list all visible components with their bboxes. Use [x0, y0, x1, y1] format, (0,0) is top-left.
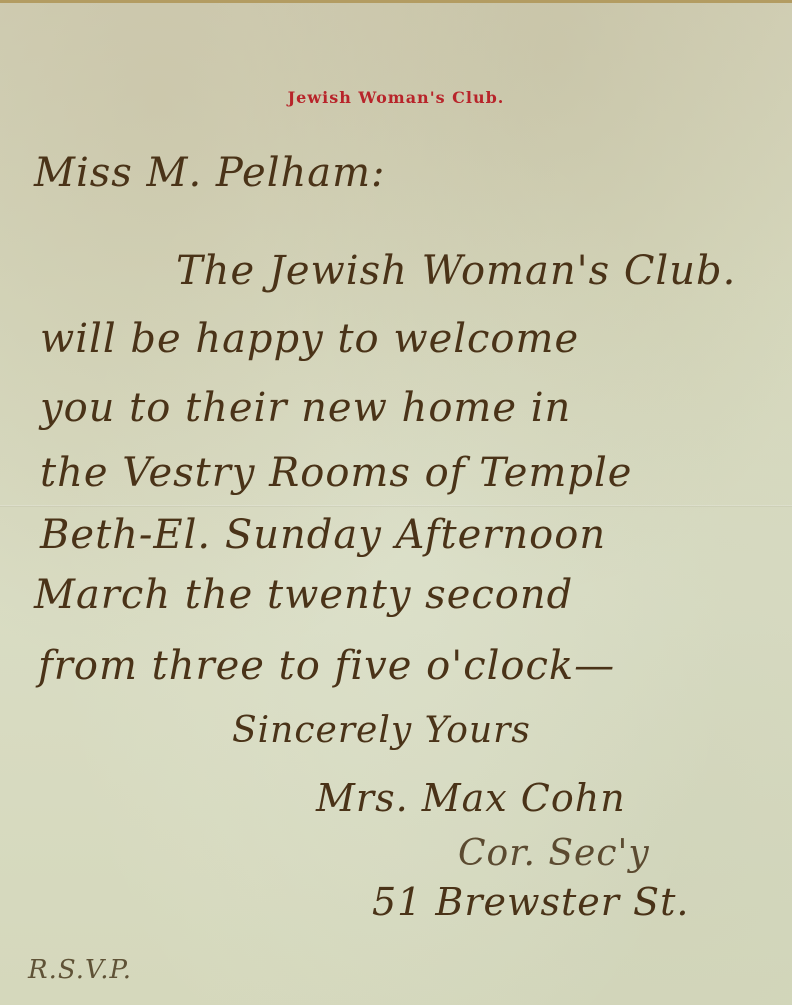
rsvp-note: R.S.V.P.	[28, 955, 132, 985]
body-line-2: will be happy to welcome	[40, 316, 579, 362]
body-line-4: the Vestry Rooms of Temple	[40, 450, 632, 496]
paper-fold-line	[0, 505, 792, 507]
paper-top-edge	[0, 0, 792, 3]
body-line-3: you to their new home in	[40, 385, 571, 431]
salutation: Miss M. Pelham:	[34, 150, 386, 196]
letterhead: Jewish Woman's Club.	[0, 88, 792, 107]
body-line-1: The Jewish Woman's Club.	[176, 248, 736, 294]
signer-title: Cor. Sec'y	[458, 833, 650, 874]
body-line-6: March the twenty second	[34, 572, 573, 618]
closing: Sincerely Yours	[232, 710, 531, 751]
body-line-5: Beth-El. Sunday Afternoon	[40, 512, 606, 558]
body-line-7: from three to five o'clock—	[38, 643, 615, 689]
letter-page: Jewish Woman's Club. Miss M. Pelham: The…	[0, 0, 792, 1005]
address: 51 Brewster St.	[372, 880, 689, 924]
signature: Mrs. Max Cohn	[316, 776, 626, 820]
